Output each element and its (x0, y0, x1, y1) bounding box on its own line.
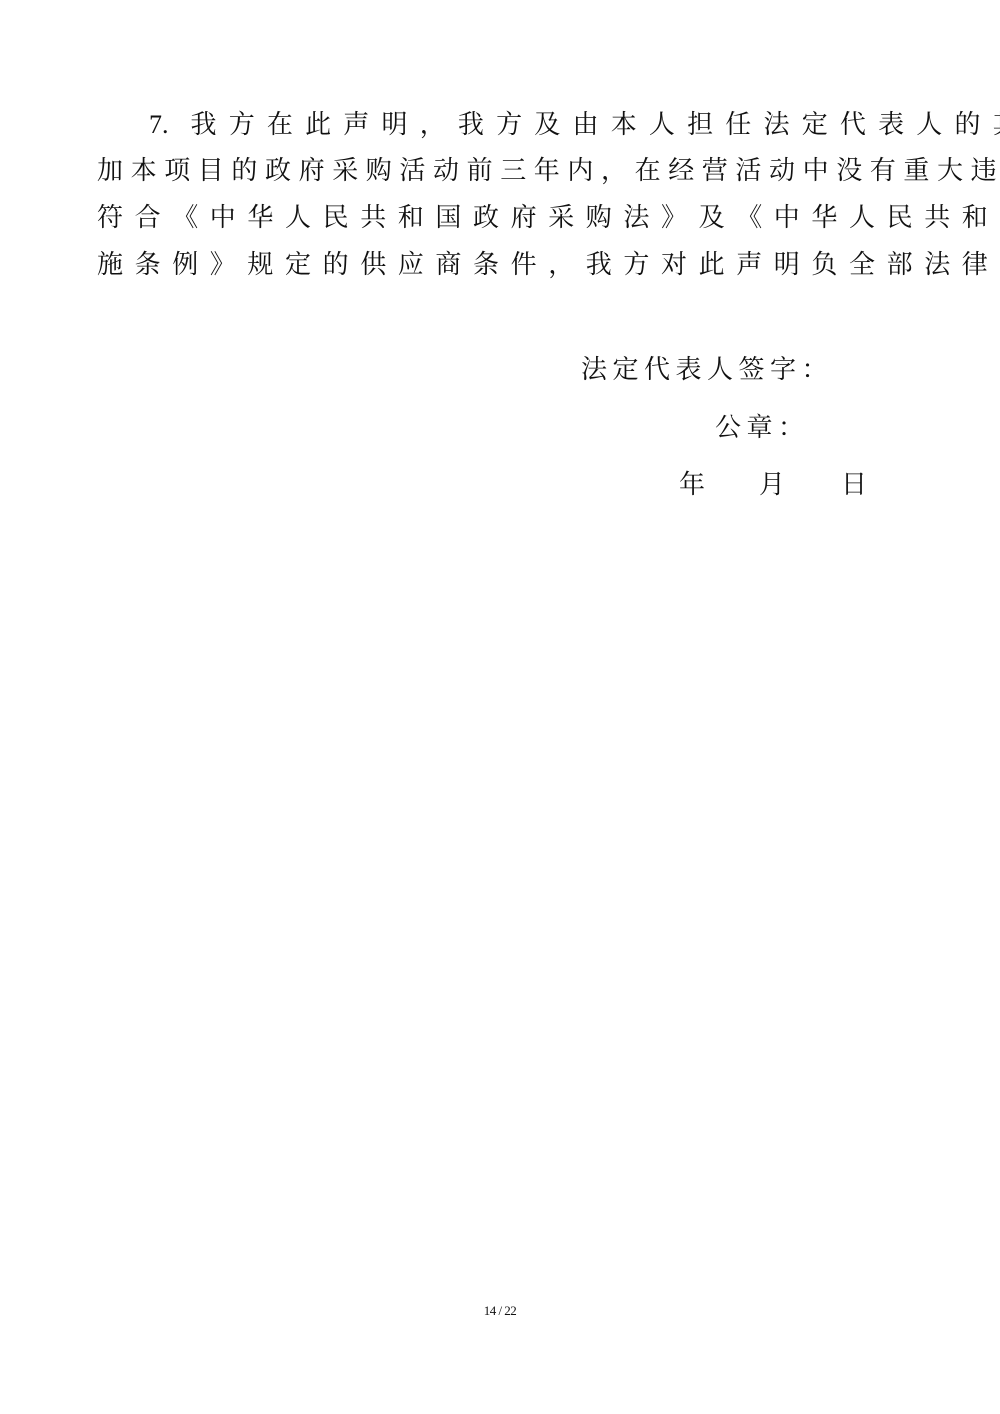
paragraph-line-2: 加本项目的政府采购活动前三年内，在经营活动中没有重大违法记录， (97, 148, 917, 195)
legal-representative-signature-label: 法定代表人签字： (581, 355, 833, 385)
date-day-label: 日 (841, 470, 867, 500)
date-month-label: 月 (759, 470, 785, 500)
official-seal-label: 公章： (715, 413, 810, 443)
page-number: 14 / 22 (0, 1302, 1000, 1320)
paragraph-line-text: 我方在此声明，我方及由本人担任法定代表人的其他机构在参 (191, 110, 1000, 140)
paragraph-line-4: 施条例》规定的供应商条件，我方对此声明负全部法律责任。 (97, 242, 917, 289)
declaration-paragraph: 7.我方在此声明，我方及由本人担任法定代表人的其他机构在参 加本项目的政府采购活… (97, 101, 917, 289)
item-number: 7. (149, 110, 169, 139)
paragraph-line-3: 符合《中华人民共和国政府采购法》及《中华人民共和国政府采购实 (97, 195, 917, 242)
paragraph-line-1: 7.我方在此声明，我方及由本人担任法定代表人的其他机构在参 (97, 101, 917, 148)
date-year-label: 年 (679, 470, 705, 500)
document-page: 7.我方在此声明，我方及由本人担任法定代表人的其他机构在参 加本项目的政府采购活… (0, 0, 1000, 1414)
signature-date: 年 月 日 (0, 470, 1000, 500)
